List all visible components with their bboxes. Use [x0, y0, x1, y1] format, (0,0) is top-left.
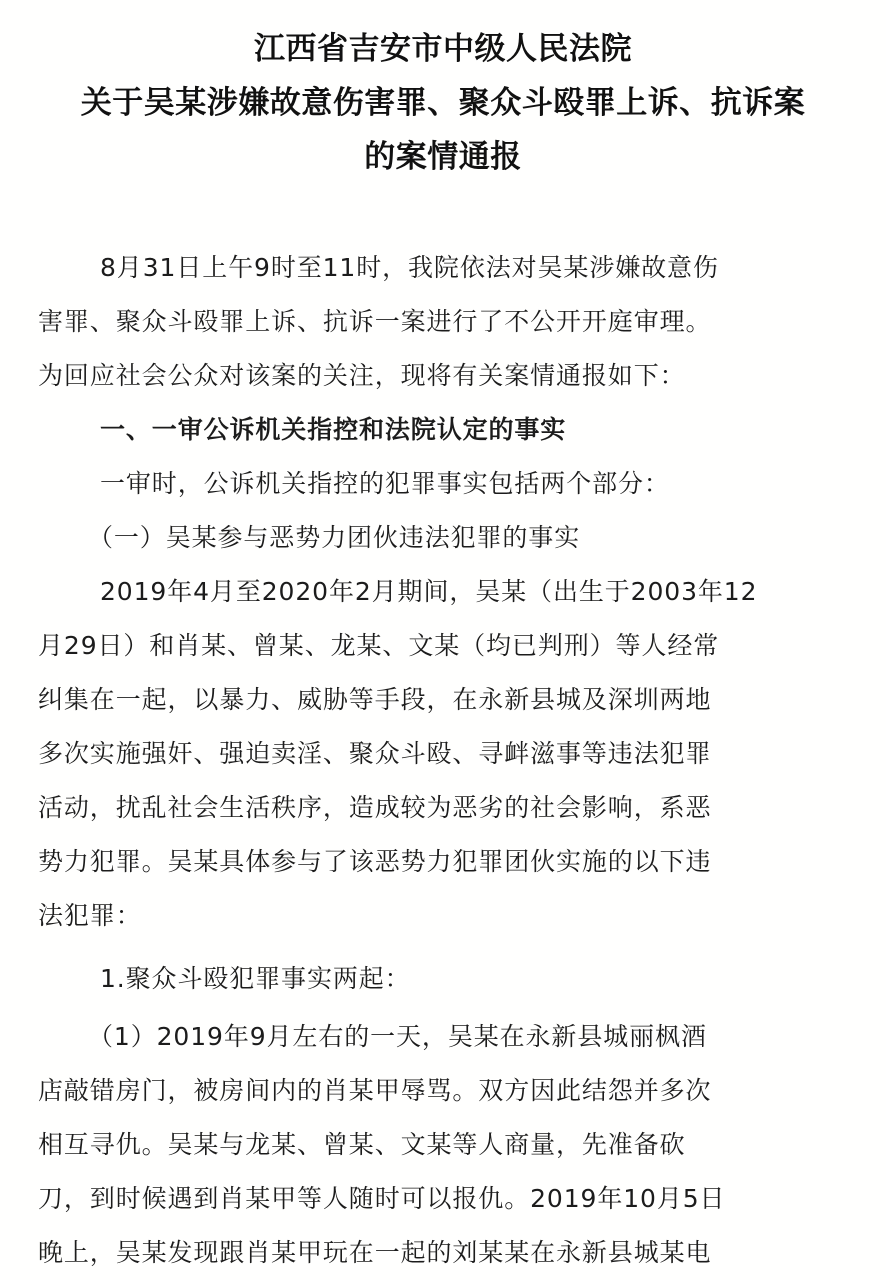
title-case-report: 的案情通报: [0, 130, 886, 184]
intro-line-3: 为回应社会公众对该案的关注，现将有关案情通报如下：: [38, 349, 858, 403]
intro-line-1: 8月31日上午9时至11时，我院依法对吴某涉嫌故意伤: [100, 241, 886, 295]
document-page: 江西省吉安市中级人民法院 关于吴某涉嫌故意伤害罪、聚众斗殴罪上诉、抗诉案 的案情…: [0, 0, 886, 1280]
section-1-heading: 一、一审公诉机关指控和法院认定的事实: [100, 403, 886, 457]
section-1-intro: 一审时，公诉机关指控的犯罪事实包括两个部分：: [100, 457, 886, 511]
item-1-case-1-line-1: （1）2019年9月左右的一天，吴某在永新县城丽枫酒: [88, 1010, 886, 1064]
item-1-case-1-line-3: 相互寻仇。吴某与龙某、曾某、文某等人商量，先准备砍: [38, 1118, 858, 1172]
title-case-subject: 关于吴某涉嫌故意伤害罪、聚众斗殴罪上诉、抗诉案: [0, 76, 886, 130]
subsection-1-line-4: 多次实施强奸、强迫卖淫、聚众斗殴、寻衅滋事等违法犯罪: [38, 727, 858, 781]
subsection-1-line-5: 活动，扰乱社会生活秩序，造成较为恶劣的社会影响，系恶: [38, 781, 858, 835]
subsection-1-heading: （一）吴某参与恶势力团伙违法犯罪的事实: [88, 511, 886, 565]
item-1-case-1-line-2: 店敲错房门，被房间内的肖某甲辱骂。双方因此结怨并多次: [38, 1064, 858, 1118]
subsection-1-line-7: 法犯罪：: [38, 889, 858, 943]
document-title: 江西省吉安市中级人民法院 关于吴某涉嫌故意伤害罪、聚众斗殴罪上诉、抗诉案 的案情…: [0, 22, 886, 184]
subsection-1-line-2: 月29日）和肖某、曾某、龙某、文某（均已判刑）等人经常: [38, 619, 858, 673]
subsection-1-line-3: 纠集在一起，以暴力、威胁等手段，在永新县城及深圳两地: [38, 673, 858, 727]
subsection-1-line-6: 势力犯罪。吴某具体参与了该恶势力犯罪团伙实施的以下违: [38, 835, 858, 889]
title-court-name: 江西省吉安市中级人民法院: [0, 22, 886, 76]
item-1-heading: 1.聚众斗殴犯罪事实两起：: [100, 952, 886, 1006]
item-1-case-1-line-4: 刀，到时候遇到肖某甲等人随时可以报仇。2019年10月5日: [38, 1172, 858, 1226]
subsection-1-line-1: 2019年4月至2020年2月期间，吴某（出生于2003年12: [100, 565, 886, 619]
item-1-case-1-line-5: 晚上，吴某发现跟肖某甲玩在一起的刘某某在永新县城某电: [38, 1226, 858, 1280]
intro-line-2: 害罪、聚众斗殴罪上诉、抗诉一案进行了不公开开庭审理。: [38, 295, 858, 349]
